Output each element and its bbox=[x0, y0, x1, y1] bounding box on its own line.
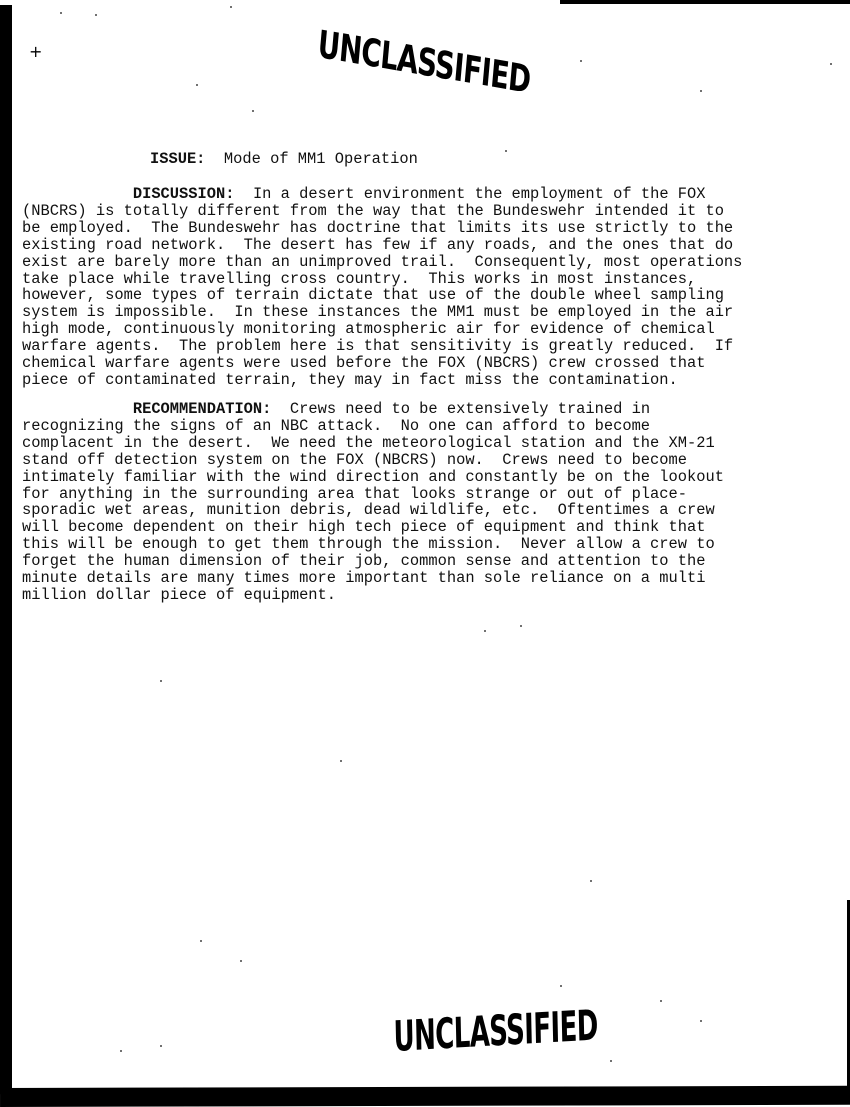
recommendation-line: complacent in the desert. We need the me… bbox=[22, 435, 724, 452]
speck bbox=[95, 14, 97, 16]
issue-line: ISSUE: Mode of MM1 Operation bbox=[150, 150, 418, 168]
speck bbox=[830, 63, 832, 65]
speck bbox=[505, 150, 507, 152]
recommendation-line: forget the human dimension of their job,… bbox=[22, 553, 724, 570]
scan-border-top bbox=[560, 0, 850, 4]
speck bbox=[484, 630, 486, 632]
recommendation-label: RECOMMENDATION: bbox=[133, 400, 272, 418]
recommendation-line: will become dependent on their high tech… bbox=[22, 519, 724, 536]
recommendation-line: minute details are many times more impor… bbox=[22, 570, 724, 587]
recommendation-line: stand off detection system on the FOX (N… bbox=[22, 452, 724, 469]
discussion-line: piece of contaminated terrain, they may … bbox=[22, 372, 742, 389]
speck bbox=[200, 940, 202, 942]
discussion-line: system is impossible. In these instances… bbox=[22, 304, 742, 321]
discussion-line: (NBCRS) is totally different from the wa… bbox=[22, 203, 742, 220]
speck bbox=[610, 1060, 612, 1062]
speck bbox=[240, 960, 242, 962]
speck bbox=[580, 60, 582, 62]
speck bbox=[60, 12, 62, 14]
recommendation-line: for anything in the surrounding area tha… bbox=[22, 486, 724, 503]
discussion-line: be employed. The Bundeswehr has doctrine… bbox=[22, 220, 742, 237]
discussion-line: existing road network. The desert has fe… bbox=[22, 237, 742, 254]
recommendation-line: recognizing the signs of an NBC attack. … bbox=[22, 418, 724, 435]
speck bbox=[590, 880, 592, 882]
registration-mark: + bbox=[29, 44, 42, 60]
discussion-line: warfare agents. The problem here is that… bbox=[22, 338, 742, 355]
discussion-line: take place while travelling cross countr… bbox=[22, 271, 742, 288]
recommendation-first-line: RECOMMENDATION: Crews need to be extensi… bbox=[22, 401, 724, 418]
scan-border-bottom bbox=[0, 1086, 850, 1107]
speck bbox=[252, 110, 254, 112]
classification-stamp-top: UNCLASSIFIED bbox=[316, 22, 532, 102]
issue-text: Mode of MM1 Operation bbox=[224, 150, 418, 168]
recommendation-line: intimately familiar with the wind direct… bbox=[22, 469, 724, 486]
speck bbox=[340, 760, 342, 762]
discussion-line: In a desert environment the employment o… bbox=[253, 185, 706, 203]
speck bbox=[160, 1045, 162, 1047]
recommendation-line: sporadic wet areas, munition debris, dea… bbox=[22, 502, 724, 519]
recommendation-paragraph: RECOMMENDATION: Crews need to be extensi… bbox=[22, 401, 724, 604]
discussion-line: high mode, continuously monitoring atmos… bbox=[22, 321, 742, 338]
speck bbox=[520, 625, 522, 627]
recommendation-line: million dollar piece of equipment. bbox=[22, 587, 724, 604]
speck bbox=[660, 1000, 662, 1002]
issue-label: ISSUE: bbox=[150, 150, 205, 168]
speck bbox=[700, 90, 702, 92]
speck bbox=[560, 985, 562, 987]
speck bbox=[160, 680, 162, 682]
discussion-label: DISCUSSION: bbox=[133, 185, 235, 203]
discussion-paragraph: DISCUSSION: In a desert environment the … bbox=[22, 186, 742, 389]
classification-stamp-bottom: UNCLASSIFIED bbox=[393, 1001, 598, 1061]
recommendation-line: this will be enough to get them through … bbox=[22, 536, 724, 553]
recommendation-line: Crews need to be extensively trained in bbox=[290, 400, 650, 418]
speck bbox=[700, 1020, 702, 1022]
discussion-line: exist are barely more than an unimproved… bbox=[22, 254, 742, 271]
scan-border-left bbox=[0, 5, 12, 1090]
speck bbox=[120, 1050, 122, 1052]
speck bbox=[230, 6, 232, 8]
discussion-line: however, some types of terrain dictate t… bbox=[22, 287, 742, 304]
speck bbox=[196, 84, 198, 86]
discussion-first-line: DISCUSSION: In a desert environment the … bbox=[22, 186, 742, 203]
discussion-line: chemical warfare agents were used before… bbox=[22, 355, 742, 372]
